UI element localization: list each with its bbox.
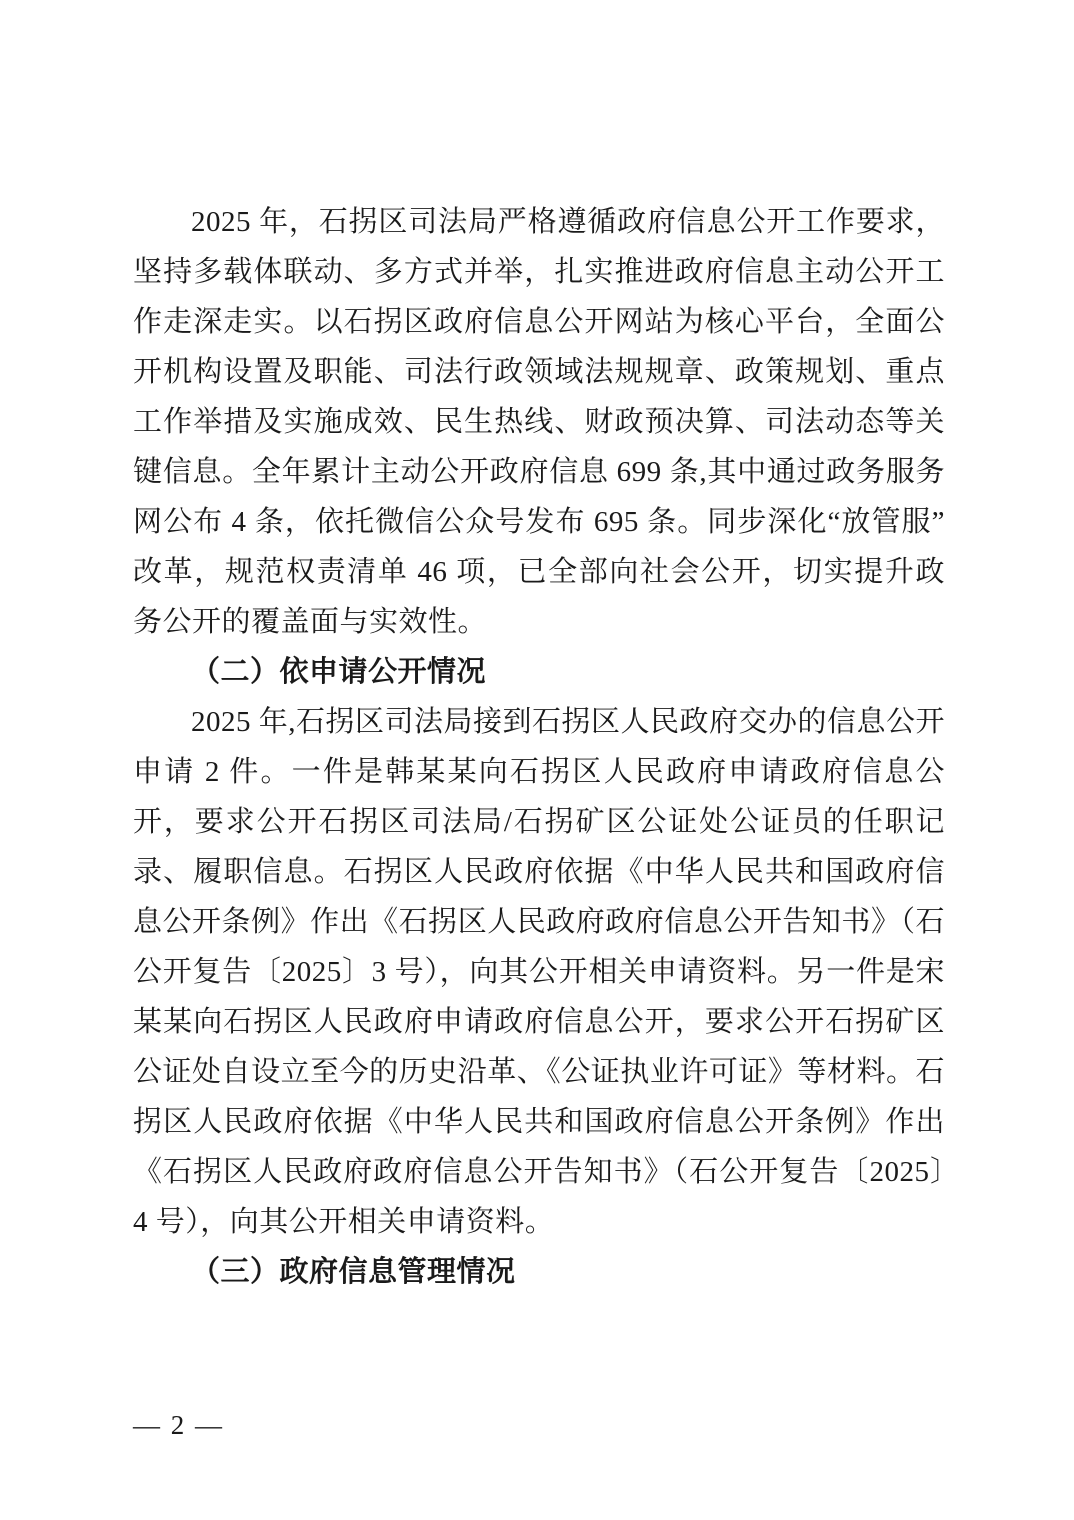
paragraph-active-disclosure: 2025 年，石拐区司法局严格遵循政府信息公开工作要求，坚持多载体联动、多方式并… — [133, 197, 945, 647]
page-number: — 2 — — [133, 1405, 224, 1445]
document-page: 2025 年，石拐区司法局严格遵循政府信息公开工作要求，坚持多载体联动、多方式并… — [0, 0, 1074, 1520]
document-body: 2025 年，石拐区司法局严格遵循政府信息公开工作要求，坚持多载体联动、多方式并… — [133, 197, 945, 1297]
section-heading-info-management: （三）政府信息管理情况 — [133, 1247, 945, 1297]
paragraph-by-request-disclosure: 2025 年,石拐区司法局接到石拐区人民政府交办的信息公开申请 2 件。一件是韩… — [133, 697, 945, 1247]
section-heading-by-request-disclosure: （二）依申请公开情况 — [133, 647, 945, 697]
